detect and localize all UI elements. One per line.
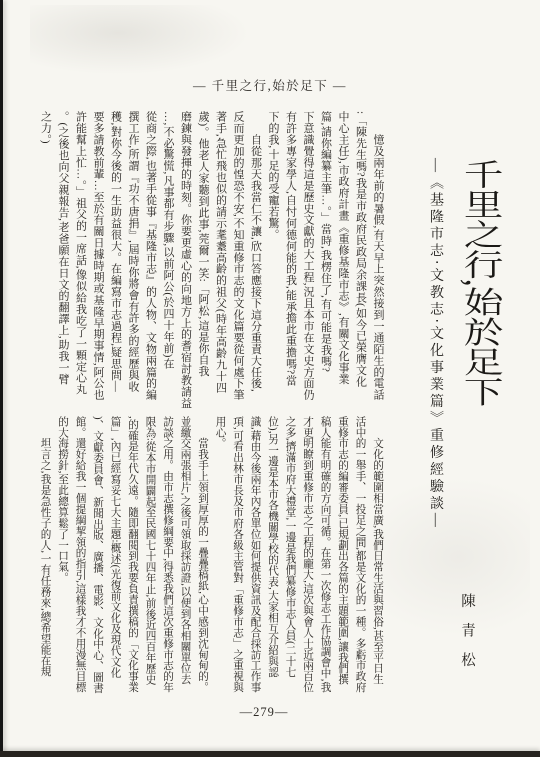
text-column: 歲)。他老人家聽到此事,莞爾一笑:「阿松,這是你自我: [194, 111, 212, 413]
text-column: 稿人能有明確的方向可循。在第一次修志工作協調會中,我: [316, 416, 334, 702]
text-column: 中心主任),市政府計畫《重修基隆市志》,有關文化事業: [334, 111, 352, 413]
text-column: 篇,請你編纂主筆…。」當時,我楞住了,有可能是我嗎?: [316, 111, 334, 413]
text-column: 憶及兩年前的暑假,有天早上突然接到一通陌生的電話: [369, 111, 387, 413]
text-column: 篇」,內已經寫妥七大主題:概述(光復前文化及現代文化: [106, 416, 124, 702]
text-column: 重修市志的編審委員,已規劃出各篇的主題範圍,讓我們撰: [334, 416, 352, 702]
text-column: 自從那天我當仁不讓,欣口答應接下這分重責大任後,: [246, 111, 264, 413]
text-band-lower: 文化的範圍相當廣,我們日常生活與習俗,甚至平日生活中的一舉手、一投足之間,都是文…: [36, 416, 386, 702]
text-column: 館。還好給我一個提綱挈領的指引,這樣我才不用漫無目標: [71, 416, 89, 702]
text-column: 許能幫上忙…。」祖父的一席話,像似給我吃了一顆定心丸: [71, 111, 89, 413]
text-column: …,不必驚慌,凡事都有步驟,以前阿公(於四十年前)在: [159, 111, 177, 413]
text-column: 從商之際,也著手從事『基隆市志』的人物、文物兩篇的編: [141, 111, 159, 413]
text-column: 項,可看出林市長及市府各級主管對「重修市志」之重視與: [229, 416, 247, 702]
text-column: 。(之後也向父親報告,老爸願在日文的翻譯上,助我一臂: [54, 111, 72, 413]
author-name: 陳青松: [457, 593, 478, 682]
scan-edge-left: [0, 0, 3, 757]
text-column: 撰工作,所謂『功不唐捐』,屆時你將會有許多的經歷與收: [124, 111, 142, 413]
article-subtitle: —《基隆市志‧文教志‧文化事業篇》重修經驗談—: [428, 158, 443, 530]
scan-artifact: [30, 5, 250, 75]
running-header: — 千里之行,始於足下 —: [0, 76, 540, 94]
text-column: 用心。: [211, 416, 229, 702]
page-number: —279—: [232, 705, 296, 720]
text-column: 下意識覺得這是歷史文獻的大工程,況且本市在文史方面仍: [299, 111, 317, 413]
text-column: 之多,擠滿市府大禮堂,一邊是我們纂修市志人員(二十七: [281, 416, 299, 702]
scanned-book-page: — 千里之行,始於足下 — 千里之行,始於足下 —《基隆市志‧文教志‧文化事業篇…: [0, 0, 540, 757]
scan-edge-bottom: [0, 751, 540, 757]
text-column: 限為:從本市開闢起至民國七十四年止,前後近四百年歷史: [141, 416, 159, 702]
text-column: 反而更加的惶恐不安,不知重修市志的文化篇要從何處下筆: [229, 111, 247, 413]
text-column: :「陳先生嗎?我是市政府民政局余課長(如今已榮膺文化: [351, 111, 369, 413]
text-band-upper: 憶及兩年前的暑假,有天早上突然接到一通陌生的電話:「陳先生嗎?我是市政府民政局余…: [36, 111, 386, 413]
article-title: 千里之行,始於足下: [456, 159, 499, 407]
text-column: 活中的一舉手、一投足之間,都是文化的一種。多虧市政府: [351, 416, 369, 702]
text-column: 著手,急忙飛也似的請示耄耋高齡的祖父(時年高齡九十四: [211, 111, 229, 413]
text-column: ,的確是年代久遠。隨即翻閱到我要負責撰稿的「文化事業: [124, 416, 142, 702]
text-column: 才更明瞭到重修市志之工程的龐大,這次與會人士近兩百位: [299, 416, 317, 702]
text-column: 下的我,十足的受寵若驚。: [264, 111, 282, 413]
text-column: )、文獻委員會、新聞出版、廣播、電影、文化中心、圖書: [89, 416, 107, 702]
text-column: 並繳交兩張相片,之後可領取採訪證,以便到各相關單位去: [176, 416, 194, 702]
text-column: 穫,對你今後的一生助益很大。在編寫市志過程,疑思問—: [106, 111, 124, 413]
text-column: 當我手上領到厚厚的一疊疊稿紙,心中感到沈甸甸的。: [194, 416, 212, 702]
text-column: 識,藉由今後兩年內各單位如何提供資訊及配合採訪工作事: [246, 416, 264, 702]
text-column: 訪談之用。由市志撰修綱要中,得悉我們這次重修市志的年: [159, 416, 177, 702]
text-column: 磨鍊與發揮的時刻。你要更虛心的向地方上的耆宿討教請益: [176, 111, 194, 413]
text-column: 坦言之,我是急性子的人,一有任務來,總希望能在規: [36, 416, 54, 702]
text-column: 之力。): [36, 111, 54, 413]
text-column: 有許多專家學人,自忖何德何能的我,能承擔此重擔嗎?當: [281, 111, 299, 413]
text-column: 要多請教前輩…至於有關日據時期或基隆早期事情,阿公也: [89, 111, 107, 413]
text-column: 的大海撈針,至此總算鬆了一口氣。: [54, 416, 72, 702]
text-column: 位),另一邊是本市各機關學校的代表,大家相互介紹與認: [264, 416, 282, 702]
text-column: 文化的範圍相當廣,我們日常生活與習俗,甚至平日生: [369, 416, 387, 702]
